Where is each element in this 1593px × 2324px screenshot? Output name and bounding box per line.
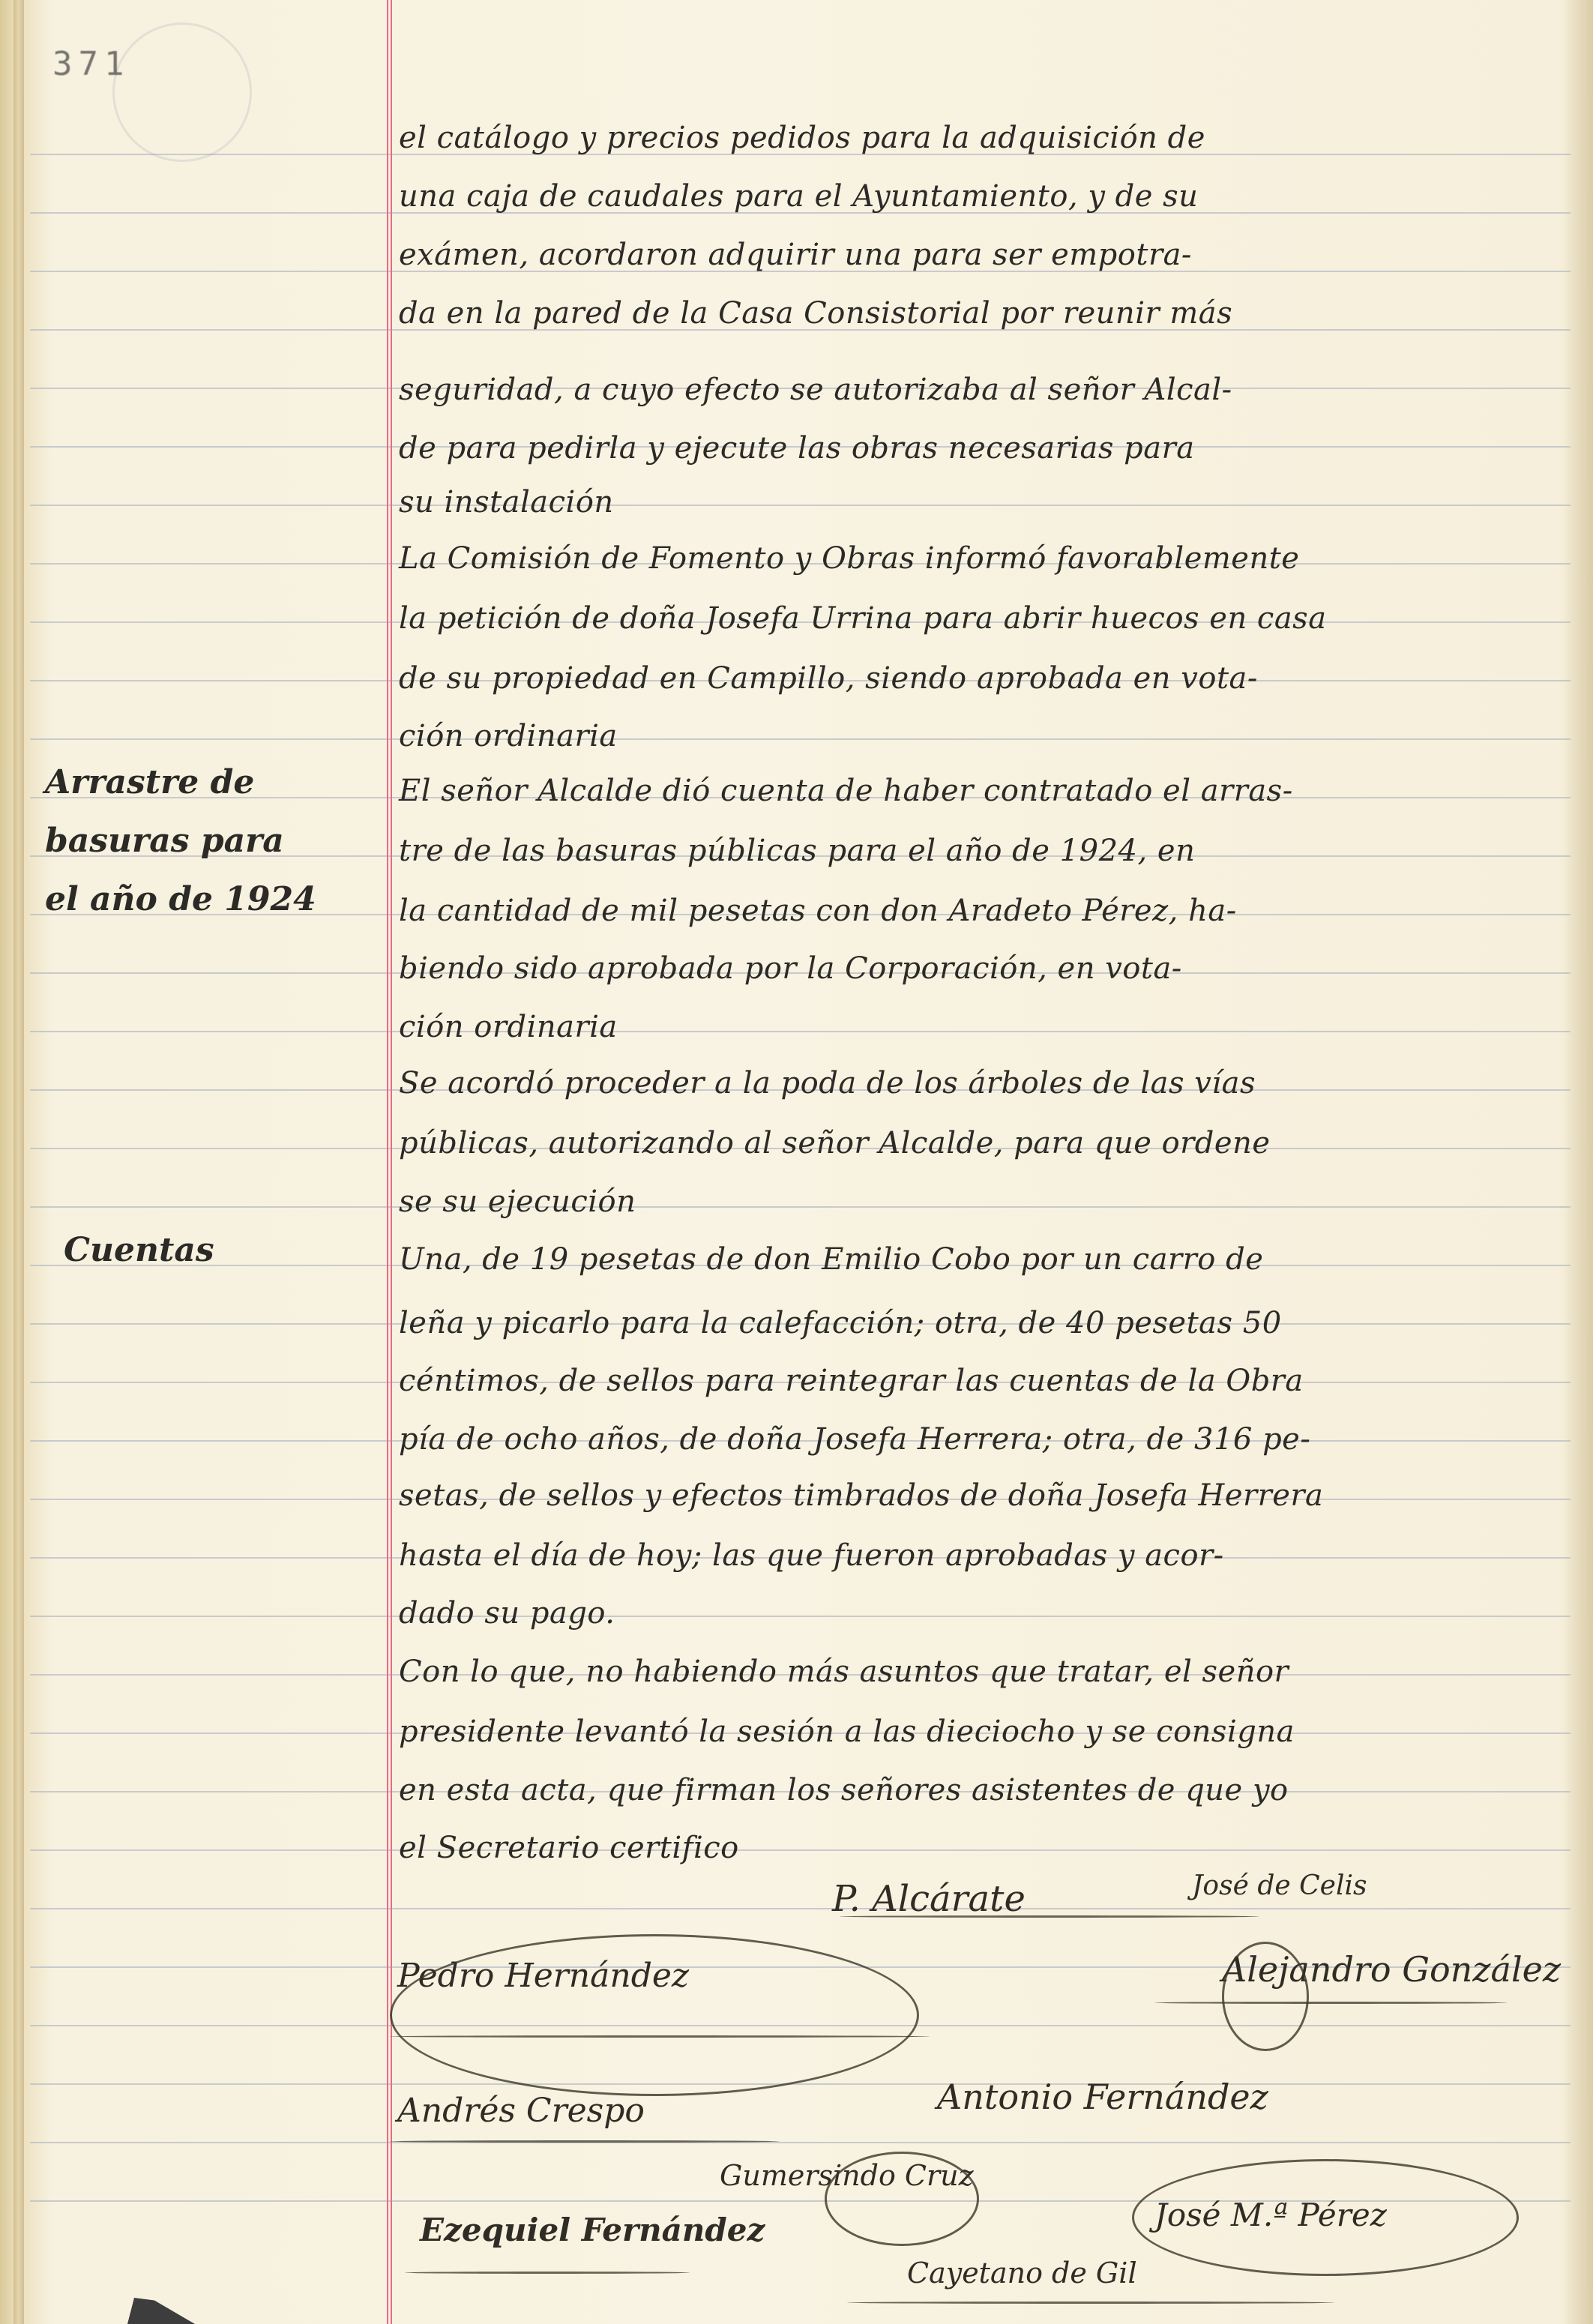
ruled-line (30, 2142, 1571, 2143)
body-line: biendo sido aprobada por la Corporación,… (399, 954, 1568, 984)
signature-flourish (1154, 2002, 1507, 2004)
body-line: una caja de caudales para el Ayuntamient… (399, 181, 1568, 211)
faded-stamp (112, 22, 252, 162)
margin-note-arrastre-line-2: basuras para (45, 825, 382, 858)
signature-ezequiel-fernandez: Ezequiel Fernández (420, 2212, 765, 2248)
body-line: presidente levantó la sesión a las dieci… (399, 1717, 1568, 1747)
body-line: públicas, autorizando al señor Alcalde, … (399, 1128, 1568, 1158)
body-line: céntimos, de sellos para reintegrar las … (399, 1366, 1568, 1396)
body-line: la petición de doña Josefa Urrina para a… (399, 603, 1568, 633)
body-line: ción ordinaria (399, 721, 1568, 751)
signature-alcarate: P. Alcárate (832, 1878, 1026, 1920)
body-line: el Secretario certifico (399, 1833, 1568, 1863)
body-line: exámen, acordaron adquirir una para ser … (399, 240, 1568, 270)
signature-flourish (390, 2035, 930, 2038)
body-line: de su propiedad en Campillo, siendo apro… (399, 663, 1568, 693)
body-line: en esta acta, que firman los señores asi… (399, 1775, 1568, 1805)
body-line: ción ordinaria (399, 1012, 1568, 1042)
body-line: pía de ocho años, de doña Josefa Herrera… (399, 1424, 1568, 1454)
body-line: El señor Alcalde dió cuenta de haber con… (399, 776, 1568, 806)
signature-antonio-fernandez: Antonio Fernández (937, 2077, 1268, 2117)
body-line: su instalación (399, 487, 1568, 517)
margin-note-cuentas: Cuentas (64, 1234, 401, 1267)
signature-andres-crespo: Andrés Crespo (397, 2092, 645, 2130)
body-line: Una, de 19 pesetas de don Emilio Cobo po… (399, 1244, 1568, 1274)
body-line: se su ejecución (399, 1187, 1568, 1217)
body-line: setas, de sellos y efectos timbrados de … (399, 1481, 1568, 1511)
ruled-line (30, 1908, 1571, 1909)
signature-jose-de-celis: José de Celis (1192, 1870, 1367, 1901)
signature-loop (1132, 2159, 1519, 2276)
signature-loop (825, 2152, 979, 2246)
signature-flourish (390, 2140, 780, 2143)
signature-flourish (840, 1915, 1259, 1918)
body-line: la cantidad de mil pesetas con don Arade… (399, 896, 1568, 926)
body-line: da en la pared de la Casa Consistorial p… (399, 298, 1568, 328)
margin-rule (391, 0, 392, 2324)
signature-loop (1222, 1942, 1309, 2051)
signature-flourish (405, 2272, 690, 2274)
body-line: tre de las basuras públicas para el año … (399, 836, 1568, 866)
body-line: de para pedirla y ejecute las obras nece… (399, 433, 1568, 463)
ledger-page: 371 Arrastre de basuras para el año de 1… (0, 0, 1593, 2324)
body-line: leña y picarlo para la calefacción; otra… (399, 1308, 1568, 1338)
page-number: 371 (52, 45, 130, 83)
signature-cayetano-de-gil: Cayetano de Gil (907, 2257, 1137, 2290)
ruled-line (30, 2083, 1571, 2085)
margin-note-arrastre-line-1: Arrastre de (45, 766, 382, 799)
margin-rule (387, 0, 388, 2324)
body-line: hasta el día de hoy; las que fueron apro… (399, 1541, 1568, 1571)
body-line: seguridad, a cuyo efecto se autorizaba a… (399, 375, 1568, 405)
body-line: dado su pago. (399, 1598, 1568, 1628)
body-line: Se acordó proceder a la poda de los árbo… (399, 1068, 1568, 1098)
body-line: La Comisión de Fomento y Obras informó f… (399, 544, 1568, 574)
body-line: Con lo que, no habiendo más asuntos que … (399, 1657, 1568, 1687)
page-binding (13, 0, 24, 2324)
ink-blot (127, 2298, 195, 2324)
margin-note-arrastre-line-3: el año de 1924 (45, 883, 382, 916)
body-line: el catálogo y precios pedidos para la ad… (399, 123, 1568, 153)
signature-loop (390, 1934, 919, 2096)
signature-flourish (847, 2302, 1334, 2304)
page-edge-shadow (1563, 0, 1593, 2324)
